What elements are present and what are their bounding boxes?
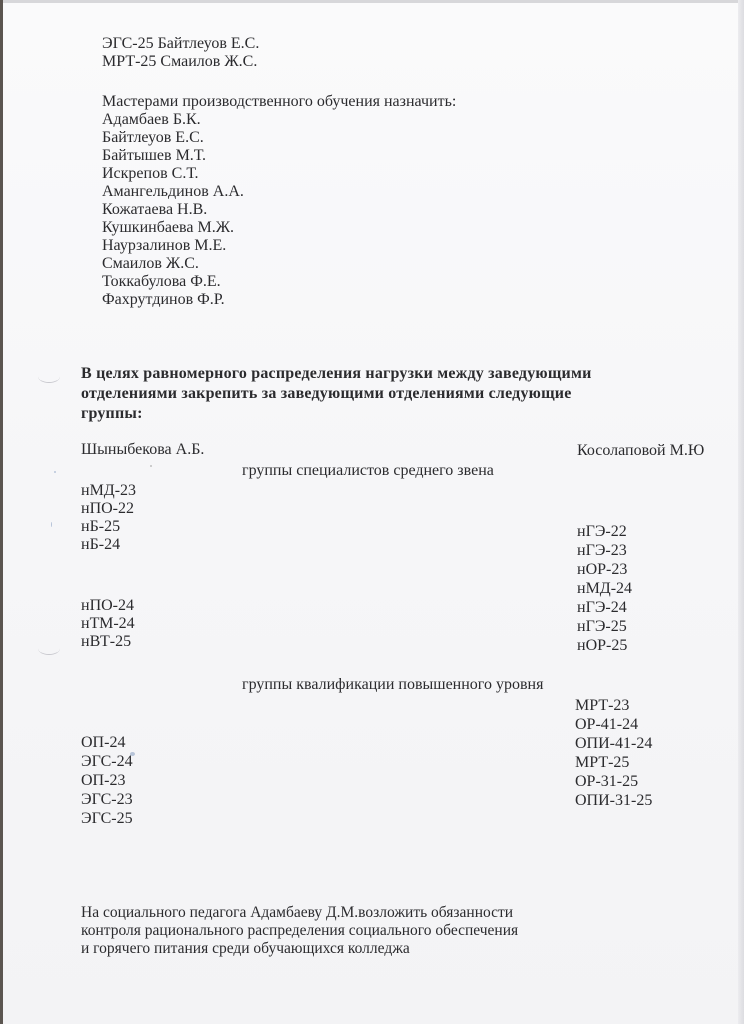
group-code: ЭГС-25 [81,809,133,828]
group-code: нГЭ-23 [577,541,632,560]
scan-speck [51,522,52,527]
group-code: ОПИ-31-25 [575,791,652,810]
group-code: нМД-23 [81,482,136,500]
masters-list: Адамбаев Б.К. Байтлеуов Е.С. Байтышев М.… [102,111,244,309]
group-code: нБ-25 [81,518,136,536]
group-code: нМД-24 [577,579,632,598]
scan-speck [54,471,56,473]
distribution-intro: В целях равномерного распределения нагру… [81,364,592,424]
group-code: ЭГС-24 [81,752,133,771]
binder-hole-mark [38,370,60,383]
group-code: нТМ-24 [81,615,135,633]
mid-level-left-groups-a: нМД-23 нПО-22 нБ-25 нБ-24 [81,482,136,554]
master-name: Байтлеуов Е.С. [102,129,244,147]
group-code: нГЭ-25 [577,617,632,636]
group-code: нГЭ-22 [577,522,632,541]
group-code: нВТ-25 [81,633,135,651]
intro-line: В целях равномерного распределения нагру… [81,364,592,384]
master-name: Байтышев М.Т. [102,147,244,165]
group-code: нОР-23 [577,560,632,579]
master-name: Искрепов С.Т. [102,165,244,183]
mid-level-right-groups: нГЭ-22 нГЭ-23 нОР-23 нМД-24 нГЭ-24 нГЭ-2… [577,522,632,655]
group-code: нОР-25 [577,636,632,655]
group-code: ОР-41-24 [575,715,652,734]
group-code: ЭГС-23 [81,790,133,809]
scan-left-edge [0,0,3,1024]
advanced-level-left-groups: ОП-24 ЭГС-24 ОП-23 ЭГС-23 ЭГС-25 [81,733,133,828]
group-code: ОП-23 [81,771,133,790]
group-code: МРТ-25 [575,753,652,772]
master-name: Амангельдинов А.А. [102,183,244,201]
scan-speck [150,465,152,467]
department-head-left: Шыныбекова А.Б. [81,441,204,459]
department-head-right: Косолаповой М.Ю [577,442,704,460]
advanced-level-right-groups: МРТ-23 ОР-41-24 ОПИ-41-24 МРТ-25 ОР-31-2… [575,696,652,810]
assignment-line: МРТ-25 Смаилов Ж.С. [102,53,259,71]
master-name: Фахрутдинов Ф.Р. [102,291,244,309]
master-name: Наурзалинов М.Е. [102,237,244,255]
assignment-line: ЭГС-25 Байтлеуов Е.С. [102,35,259,53]
scanned-document-page: ЭГС-25 Байтлеуов Е.С. МРТ-25 Смаилов Ж.С… [0,0,744,1024]
masters-heading: Мастерами производственного обучения наз… [102,93,456,111]
scan-top-edge [0,0,744,3]
mid-level-groups-title: группы специалистов среднего звена [242,462,494,480]
group-code: ОП-24 [81,733,133,752]
binder-hole-mark [38,642,60,655]
master-name: Смаилов Ж.С. [102,255,244,273]
social-pedagogue-paragraph: На социального педагога Адамбаеву Д.М.во… [81,904,518,958]
mid-level-left-groups-b: нПО-24 нТМ-24 нВТ-25 [81,597,135,651]
paragraph-line: и горячего питания среди обучающихся кол… [81,940,518,958]
group-code: ОПИ-41-24 [575,734,652,753]
intro-line: группы: [81,404,592,424]
group-code: МРТ-23 [575,696,652,715]
intro-line: отделениями закрепить за заведующими отд… [81,384,592,404]
group-code: нПО-24 [81,597,135,615]
master-name: Кушкинбаева М.Ж. [102,219,244,237]
group-code: ОР-31-25 [575,772,652,791]
group-code: нБ-24 [81,536,136,554]
master-name: Токкабулова Ф.Е. [102,273,244,291]
master-name: Кожатаева Н.В. [102,201,244,219]
group-code: нГЭ-24 [577,598,632,617]
group-code: нПО-22 [81,500,136,518]
paragraph-line: контроля рационального распределения соц… [81,922,518,940]
advanced-level-groups-title: группы квалификации повышенного уровня [242,676,543,694]
master-name: Адамбаев Б.К. [102,111,244,129]
scan-right-edge [738,0,744,1024]
top-assignments-list: ЭГС-25 Байтлеуов Е.С. МРТ-25 Смаилов Ж.С… [102,35,259,71]
paragraph-line: На социального педагога Адамбаеву Д.М.во… [81,904,518,922]
